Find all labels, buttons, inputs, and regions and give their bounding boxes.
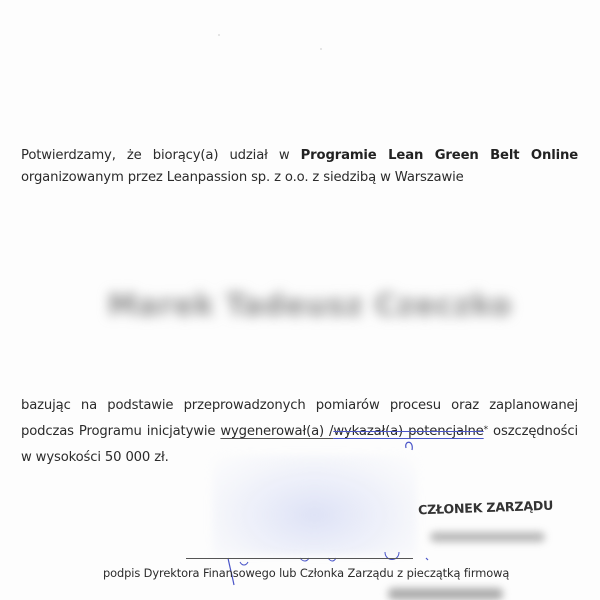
organizer-text: organizowanym przez Leanpassion sp. z o.… [21, 170, 464, 185]
program-name: Programie Lean Green Belt Online [301, 148, 578, 163]
stamp-name-redacted [430, 532, 545, 542]
struck-option: wykazał(a) potencjalne [333, 424, 483, 439]
savings-amount: w wysokości 50 000 zł. [21, 450, 169, 465]
generated-option: wygenerował(a) / [220, 424, 333, 439]
participant-name-redacted: Marek Tadeusz Czeczko [108, 288, 498, 328]
savings-line-2-prefix: podczas Programu inicjatywie [21, 424, 220, 439]
confirmation-paragraph: Potwierdzamy, że biorący(a) udział w Pro… [21, 145, 578, 189]
signature-caption: podpis Dyrektora Finansowego lub Członka… [103, 566, 509, 580]
scan-speck [320, 48, 322, 50]
savings-line-2-suffix: oszczędności [488, 424, 578, 439]
stamp-detail-redacted [388, 588, 503, 600]
footnote-asterisk: * [484, 425, 488, 435]
confirmation-intro: Potwierdzamy, że biorący(a) udział w [21, 148, 301, 163]
signature-line [186, 558, 413, 559]
stamp-title: CZŁONEK ZARZĄDU [418, 498, 554, 518]
confirmation-line-1: Potwierdzamy, że biorący(a) udział w Pro… [21, 145, 578, 167]
savings-line-1: bazując na podstawie przeprowadzonych po… [21, 393, 578, 419]
scan-speck [218, 34, 220, 36]
